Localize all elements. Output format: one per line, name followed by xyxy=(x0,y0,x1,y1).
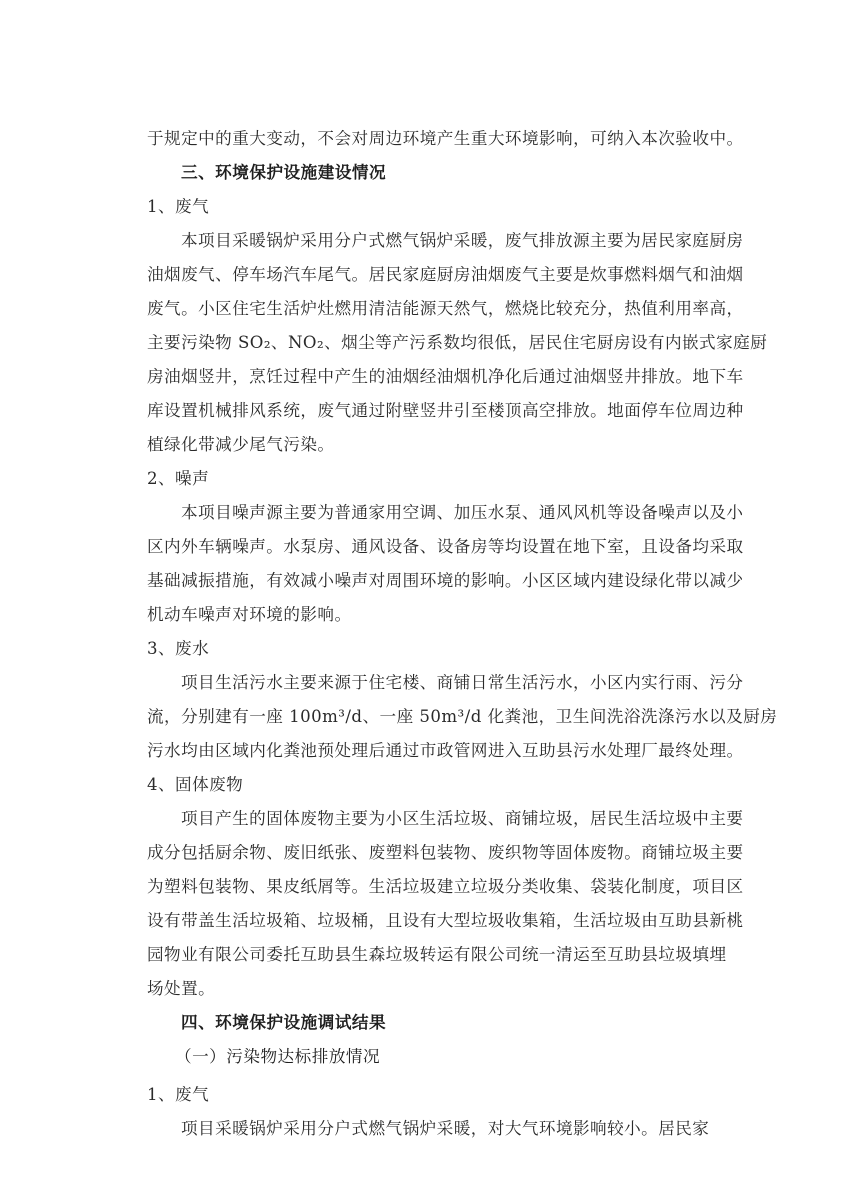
text-line: 油烟废气、停车场汽车尾气。居民家庭厨房油烟废气主要是炊事燃料烟气和油烟 xyxy=(147,258,717,292)
section-4-item-1-body: 项目采暖锅炉采用分户式燃气锅炉采暖，对大气环境影响较小。居民家 xyxy=(147,1112,717,1146)
text-line: 流，分别建有一座 100m³/d、一座 50m³/d 化粪池，卫生间洗浴洗涤污水… xyxy=(147,700,717,734)
text-line: 场处置。 xyxy=(147,972,717,1006)
section-4-subheading: （一）污染物达标排放情况 xyxy=(147,1040,717,1074)
text-line: 项目生活污水主要来源于住宅楼、商铺日常生活污水，小区内实行雨、污分 xyxy=(147,666,717,700)
item-4-heading: 4、固体废物 xyxy=(147,768,717,802)
item-2-body: 本项目噪声源主要为普通家用空调、加压水泵、通风风机等设备噪声以及小 区内外车辆噪… xyxy=(147,496,717,632)
document-page: 于规定中的重大变动，不会对周边环境产生重大环境影响，可纳入本次验收中。 三、环境… xyxy=(147,122,717,1146)
text-line: 基础减振措施，有效减小噪声对周围环境的影响。小区区域内建设绿化带以减少 xyxy=(147,564,717,598)
section-4-heading: 四、环境保护设施调试结果 xyxy=(147,1006,717,1040)
section-3-heading: 三、环境保护设施建设情况 xyxy=(147,156,717,190)
item-1-heading: 1、废气 xyxy=(147,190,717,224)
item-1-body: 本项目采暖锅炉采用分户式燃气锅炉采暖，废气排放源主要为居民家庭厨房 油烟废气、停… xyxy=(147,224,717,462)
text-line: 园物业有限公司委托互助县生森垃圾转运有限公司统一清运至互助县垃圾填埋 xyxy=(147,938,717,972)
text-line: 项目产生的固体废物主要为小区生活垃圾、商铺垃圾，居民生活垃圾中主要 xyxy=(147,802,717,836)
text-line: 项目采暖锅炉采用分户式燃气锅炉采暖，对大气环境影响较小。居民家 xyxy=(147,1112,717,1146)
text-line: 库设置机械排风系统，废气通过附壁竖井引至楼顶高空排放。地面停车位周边种 xyxy=(147,394,717,428)
item-4-body: 项目产生的固体废物主要为小区生活垃圾、商铺垃圾，居民生活垃圾中主要 成分包括厨余… xyxy=(147,802,717,1006)
intro-line: 于规定中的重大变动，不会对周边环境产生重大环境影响，可纳入本次验收中。 xyxy=(147,122,717,156)
item-3-body: 项目生活污水主要来源于住宅楼、商铺日常生活污水，小区内实行雨、污分 流，分别建有… xyxy=(147,666,717,768)
text-line: 废气。小区住宅生活炉灶燃用清洁能源天然气，燃烧比较充分，热值利用率高， xyxy=(147,292,717,326)
text-line: 设有带盖生活垃圾箱、垃圾桶，且设有大型垃圾收集箱，生活垃圾由互助县新桃 xyxy=(147,904,717,938)
item-3-heading: 3、废水 xyxy=(147,632,717,666)
text-line: 机动车噪声对环境的影响。 xyxy=(147,598,717,632)
text-line: 成分包括厨余物、废旧纸张、废塑料包装物、废织物等固体废物。商铺垃圾主要 xyxy=(147,836,717,870)
text-line: 污水均由区域内化粪池预处理后通过市政管网进入互助县污水处理厂最终处理。 xyxy=(147,734,717,768)
section-4-item-1-heading: 1、废气 xyxy=(147,1078,717,1112)
text-line: 本项目噪声源主要为普通家用空调、加压水泵、通风风机等设备噪声以及小 xyxy=(147,496,717,530)
text-line: 主要污染物 SO₂、NO₂、烟尘等产污系数均很低，居民住宅厨房设有内嵌式家庭厨 xyxy=(147,326,717,360)
text-line: 为塑料包装物、果皮纸屑等。生活垃圾建立垃圾分类收集、袋装化制度，项目区 xyxy=(147,870,717,904)
item-2-heading: 2、噪声 xyxy=(147,462,717,496)
text-line: 植绿化带减少尾气污染。 xyxy=(147,428,717,462)
text-line: 本项目采暖锅炉采用分户式燃气锅炉采暖，废气排放源主要为居民家庭厨房 xyxy=(147,224,717,258)
text-line: 区内外车辆噪声。水泵房、通风设备、设备房等均设置在地下室，且设备均采取 xyxy=(147,530,717,564)
text-line: 房油烟竖井，烹饪过程中产生的油烟经油烟机净化后通过油烟竖井排放。地下车 xyxy=(147,360,717,394)
